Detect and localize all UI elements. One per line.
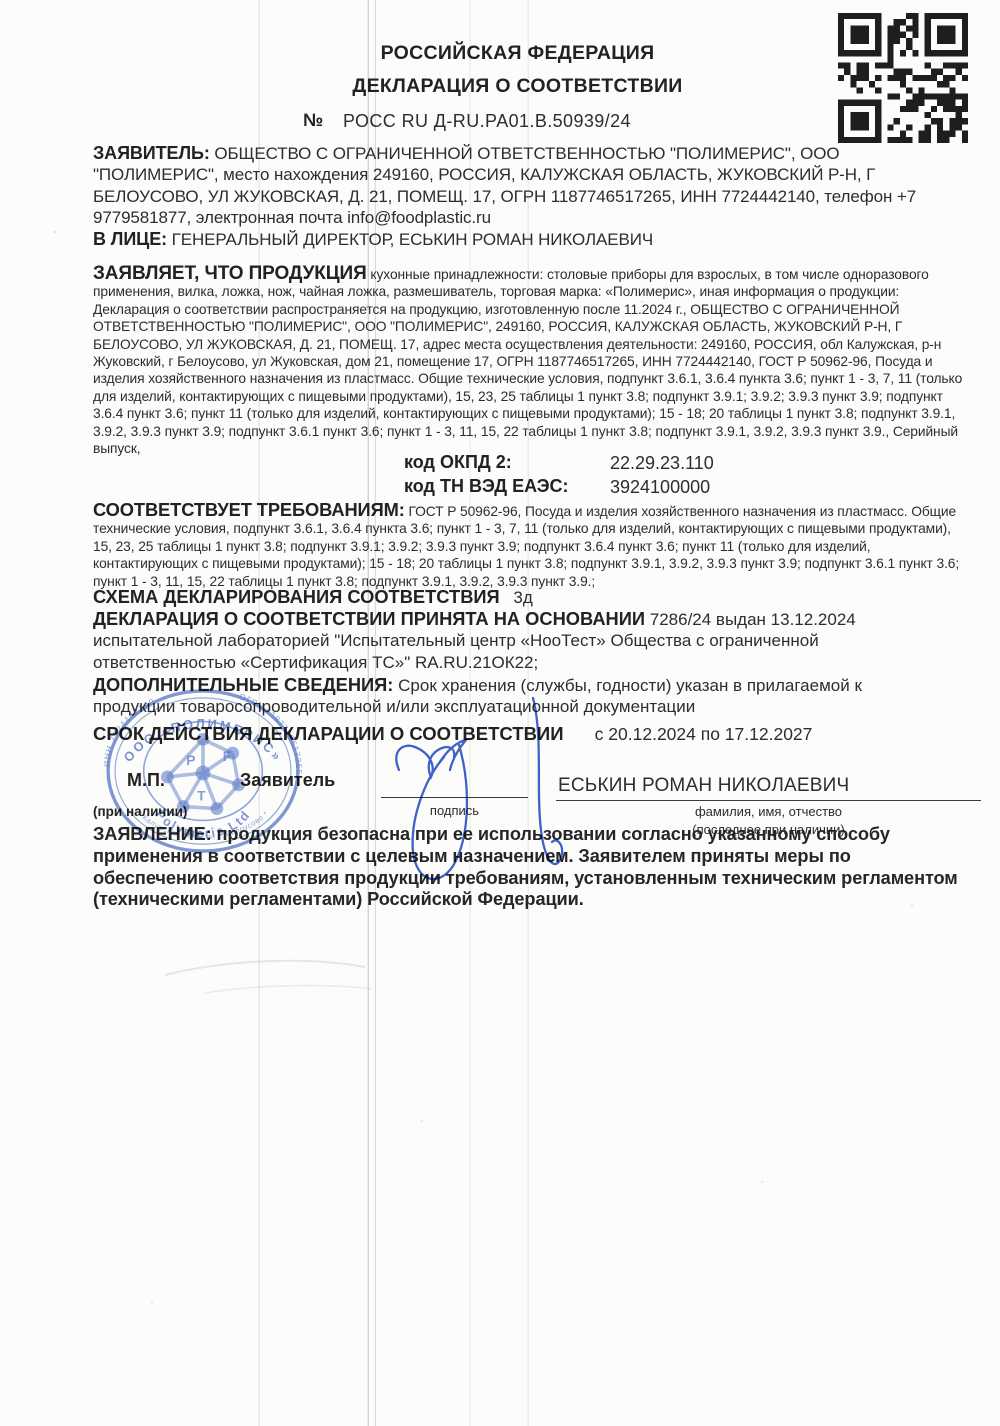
stamp-place-label: М.П. — [127, 770, 165, 791]
okpd-code-label: код ОКПД 2: — [404, 452, 512, 473]
signature-line — [381, 780, 528, 798]
applicant-paragraph: ЗАЯВИТЕЛЬ: ОБЩЕСТВО С ОГРАНИЧЕННОЙ ОТВЕТ… — [93, 143, 941, 229]
statement-label: ЗАЯВЛЕНИЕ: — [93, 824, 212, 844]
tnved-code-label: код ТН ВЭД ЕАЭС: — [404, 476, 569, 497]
scheme-line: СХЕМА ДЕКЛАРИРОВАНИЯ СООТВЕТСТВИЯ 3д — [93, 586, 953, 608]
doc-number-label: № — [303, 110, 323, 131]
product-paragraph: ЗАЯВЛЯЕТ, ЧТО ПРОДУКЦИЯ кухонные принадл… — [93, 265, 968, 457]
stamp-place-note: (при наличии) — [93, 804, 187, 819]
applicant-text: ОБЩЕСТВО С ОГРАНИЧЕННОЙ ОТВЕТСТВЕННОСТЬЮ… — [93, 144, 916, 227]
applicant-role-label: Заявитель — [240, 770, 335, 791]
stamp-letter-p: P — [186, 752, 195, 768]
validity-line: СРОК ДЕЙСТВИЯ ДЕКЛАРАЦИИ О СООТВЕТСТВИИ … — [93, 723, 963, 745]
statement-paragraph: ЗАЯВЛЕНИЕ: продукция безопасна при ее ис… — [93, 824, 965, 911]
stamp-letter-t: T — [197, 788, 206, 804]
scheme-value: 3д — [513, 588, 532, 607]
stamp-letter-f: F — [223, 748, 231, 764]
name-line — [556, 780, 981, 801]
applicant-label: ЗАЯВИТЕЛЬ: — [93, 143, 210, 163]
basis-label: ДЕКЛАРАЦИЯ О СООТВЕТСТВИИ ПРИНЯТА НА ОСН… — [93, 608, 645, 629]
name-caption: фамилия, имя, отчество — [556, 804, 981, 819]
document-title: ДЕКЛАРАЦИЯ О СООТВЕТСТВИИ — [95, 75, 940, 98]
compliance-label: СООТВЕТСТВУЕТ ТРЕБОВАНИЯМ: — [93, 499, 405, 520]
basis-paragraph: ДЕКЛАРАЦИЯ О СООТВЕТСТВИИ ПРИНЯТА НА ОСН… — [93, 608, 961, 673]
signature-caption: подпись — [381, 803, 528, 818]
okpd-code-value: 22.29.23.110 — [610, 453, 714, 474]
compliance-paragraph: СООТВЕТСТВУЕТ ТРЕБОВАНИЯМ: ГОСТ Р 50962-… — [93, 501, 968, 590]
declaration-document-page: РОССИЙСКАЯ ФЕДЕРАЦИЯ ДЕКЛАРАЦИЯ О СООТВЕ… — [0, 0, 1000, 1426]
product-text: кухонные принадлежности: столовые прибор… — [93, 267, 962, 456]
validity-value: с 20.12.2024 по 17.12.2027 — [595, 724, 813, 744]
person-line: В ЛИЦЕ: ГЕНЕРАЛЬНЫЙ ДИРЕКТОР, ЕСЬКИН РОМ… — [93, 229, 953, 250]
person-text: ГЕНЕРАЛЬНЫЙ ДИРЕКТОР, ЕСЬКИН РОМАН НИКОЛ… — [172, 230, 653, 249]
validity-label: СРОК ДЕЙСТВИЯ ДЕКЛАРАЦИИ О СООТВЕТСТВИИ — [93, 723, 564, 744]
statement-text: продукция безопасна при ее использовании… — [93, 824, 958, 909]
country-title: РОССИЙСКАЯ ФЕДЕРАЦИЯ — [95, 42, 940, 65]
stamp-molecule-emblem: P F T — [161, 733, 245, 815]
doc-number: РОСС RU Д-RU.РА01.В.50939/24 — [343, 111, 631, 132]
additional-label: ДОПОЛНИТЕЛЬНЫЕ СВЕДЕНИЯ: — [93, 674, 393, 695]
additional-paragraph: ДОПОЛНИТЕЛЬНЫЕ СВЕДЕНИЯ: Срок хранения (… — [93, 674, 943, 718]
person-label: В ЛИЦЕ: — [93, 229, 167, 249]
tnved-code-value: 3924100000 — [610, 477, 710, 498]
scheme-label: СХЕМА ДЕКЛАРИРОВАНИЯ СООТВЕТСТВИЯ — [93, 586, 500, 607]
product-label: ЗАЯВЛЯЕТ, ЧТО ПРОДУКЦИЯ — [93, 263, 367, 284]
